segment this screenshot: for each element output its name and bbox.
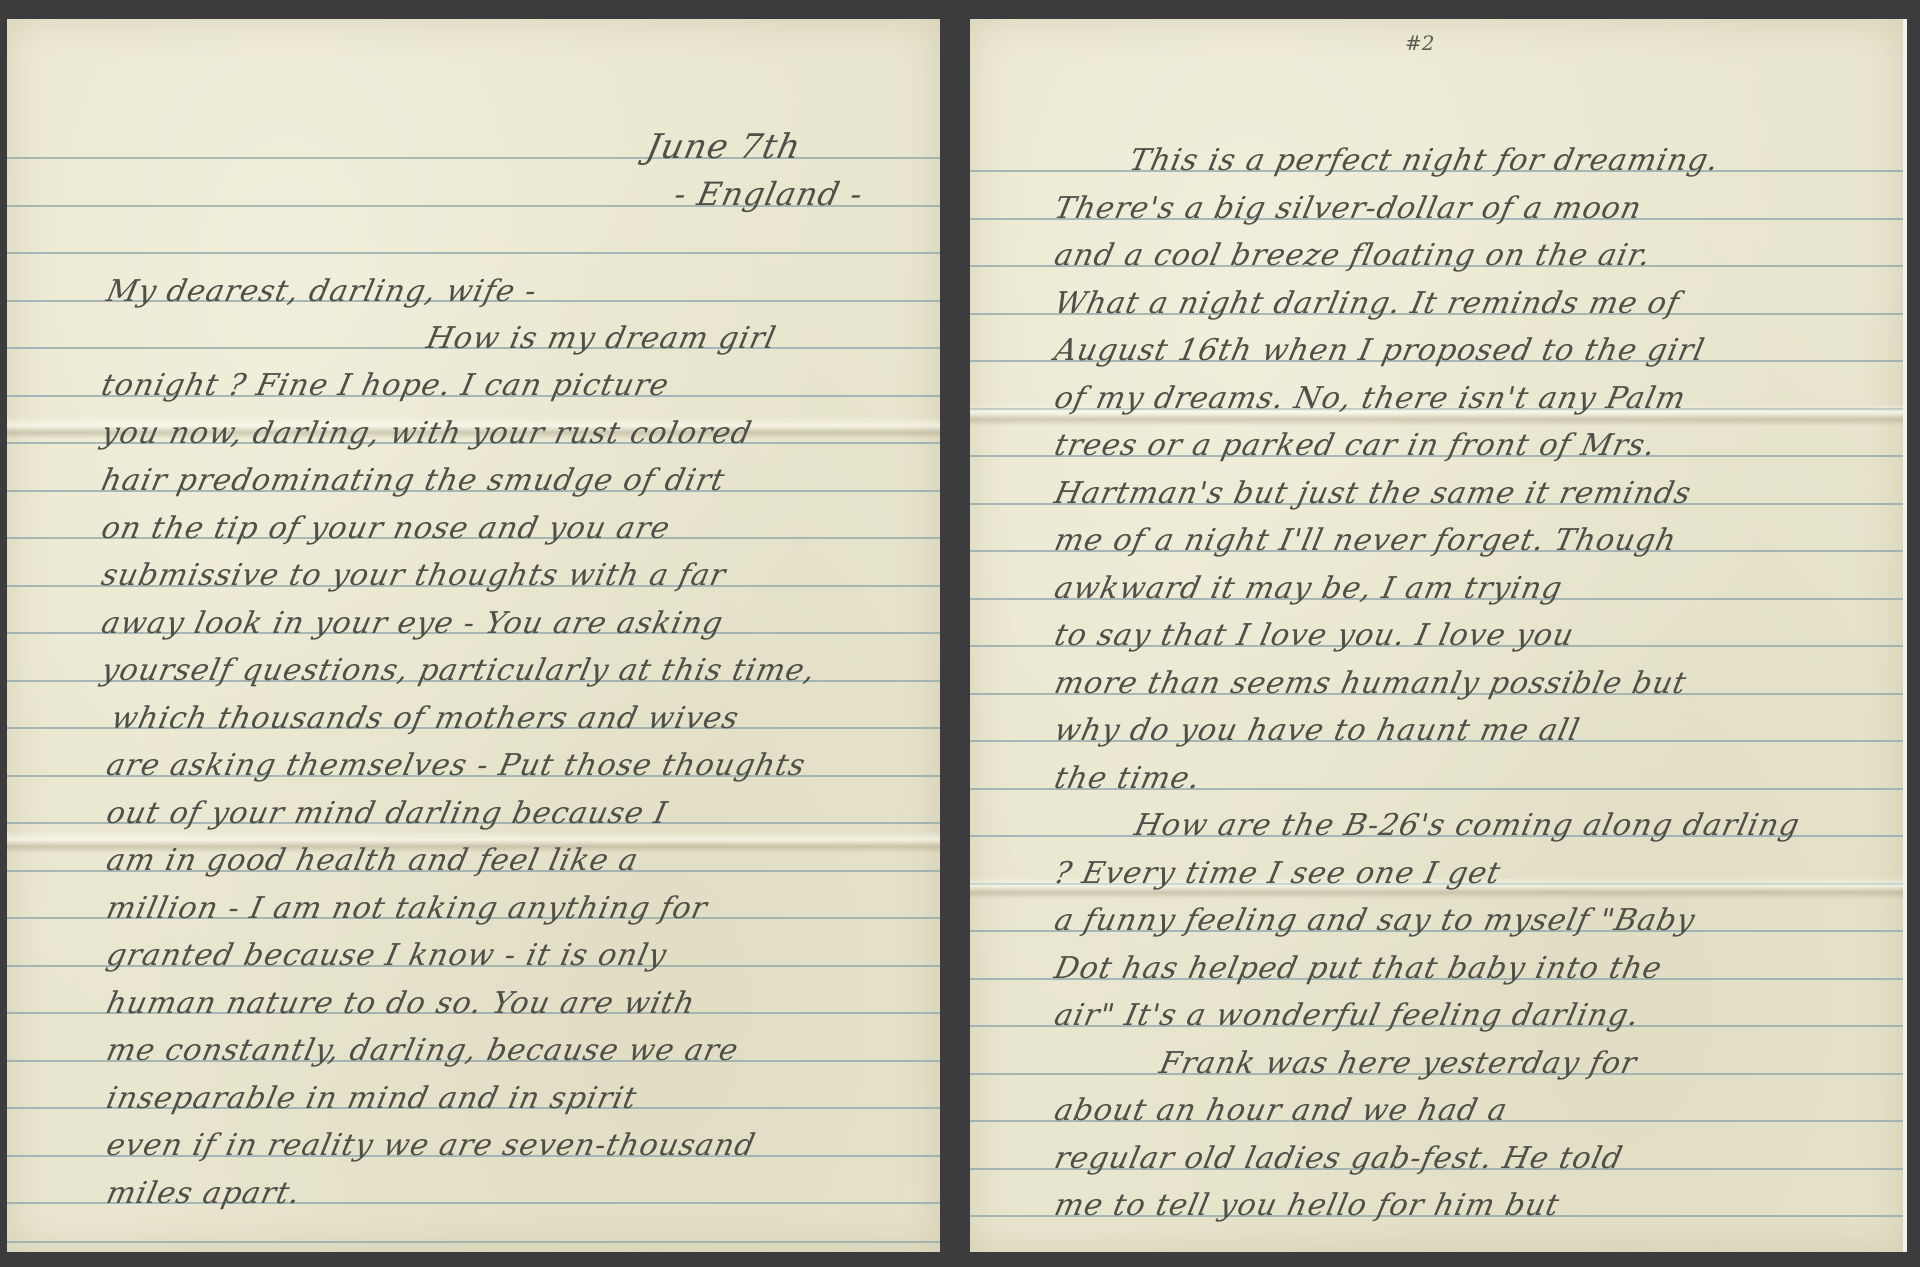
letter-line: human nature to do so. You are with	[103, 986, 698, 1021]
ruled-line	[7, 252, 940, 254]
letter-place: - England -	[671, 175, 867, 213]
letter-page-2: #2 This is a perfect night for dreaming.…	[970, 19, 1907, 1252]
letter-line: a funny feeling and say to myself "Baby	[1051, 903, 1698, 938]
letter-line: even if in reality we are seven-thousand	[103, 1128, 759, 1163]
letter-line: yourself questions, particularly at this…	[98, 653, 819, 688]
letter-line: are asking themselves - Put those though…	[103, 748, 809, 783]
ruled-line	[7, 1241, 940, 1243]
letter-line: out of your mind darling because I	[103, 796, 671, 831]
letter-line: This is a perfect night for dreaming.	[1126, 143, 1722, 178]
letter-line: inseparable in mind and in spirit	[103, 1081, 640, 1116]
letter-line: submissive to your thoughts with a far	[98, 558, 729, 593]
letter-line: miles apart.	[103, 1176, 304, 1211]
letter-line: Frank was here yesterday for	[1156, 1046, 1640, 1081]
letter-line: Hartman's but just the same it reminds	[1051, 476, 1694, 511]
letter-line: There's a big silver-dollar of a moon	[1051, 191, 1645, 226]
letter-line: which thousands of mothers and wives	[108, 701, 742, 736]
letter-page-1: June 7th - England - My dearest, darling…	[7, 19, 940, 1252]
letter-line: me constantly, darling, because we are	[103, 1033, 742, 1068]
ruled-line	[7, 157, 940, 159]
letter-line: regular old ladies gab-fest. He told	[1051, 1141, 1626, 1176]
letter-line: granted because I know - it is only	[103, 938, 670, 973]
letter-line: How is my dream girl	[423, 321, 779, 356]
letter-line: away look in your eye - You are asking	[98, 606, 726, 641]
letter-date: June 7th	[643, 127, 805, 167]
letter-line: am in good health and feel like a	[103, 843, 642, 878]
letter-line: ? Every time I see one I get	[1051, 856, 1504, 891]
letter-line: why do you have to haunt me all	[1051, 713, 1583, 748]
letter-line: air" It's a wonderful feeling darling.	[1051, 998, 1643, 1033]
letter-line: What a night darling. It reminds me of	[1051, 286, 1683, 321]
letter-line: you now, darling, with your rust colored	[98, 416, 755, 451]
letter-line: hair predominating the smudge of dirt	[98, 463, 728, 498]
letter-line: to say that I love you. I love you	[1051, 618, 1577, 653]
letter-line: me to tell you hello for him but	[1051, 1188, 1563, 1223]
letter-line: tonight ? Fine I hope. I can picture	[98, 368, 672, 403]
letter-line: trees or a parked car in front of Mrs.	[1051, 428, 1659, 463]
letter-line: about an hour and we had a	[1051, 1093, 1511, 1128]
letter-line: million - I am not taking anything for	[103, 891, 711, 926]
letter-line: on the tip of your nose and you are	[98, 511, 673, 546]
letter-line: of my dreams. No, there isn't any Palm	[1051, 381, 1689, 416]
letter-line: and a cool breeze floating on the air.	[1051, 238, 1654, 273]
letter-line: more than seems humanly possible but	[1051, 666, 1690, 701]
letter-line: August 16th when I proposed to the girl	[1051, 333, 1708, 368]
letter-salutation: My dearest, darling, wife -	[103, 274, 540, 309]
letter-line: me of a night I'll never forget. Though	[1051, 523, 1680, 558]
letter-line: awkward it may be, I am trying	[1051, 571, 1566, 606]
letter-line: How are the B-26's coming along darling	[1131, 808, 1803, 843]
letter-line: Dot has helped put that baby into the	[1051, 951, 1665, 986]
page-number: #2	[1405, 31, 1434, 55]
letter-line: the time.	[1051, 761, 1204, 796]
